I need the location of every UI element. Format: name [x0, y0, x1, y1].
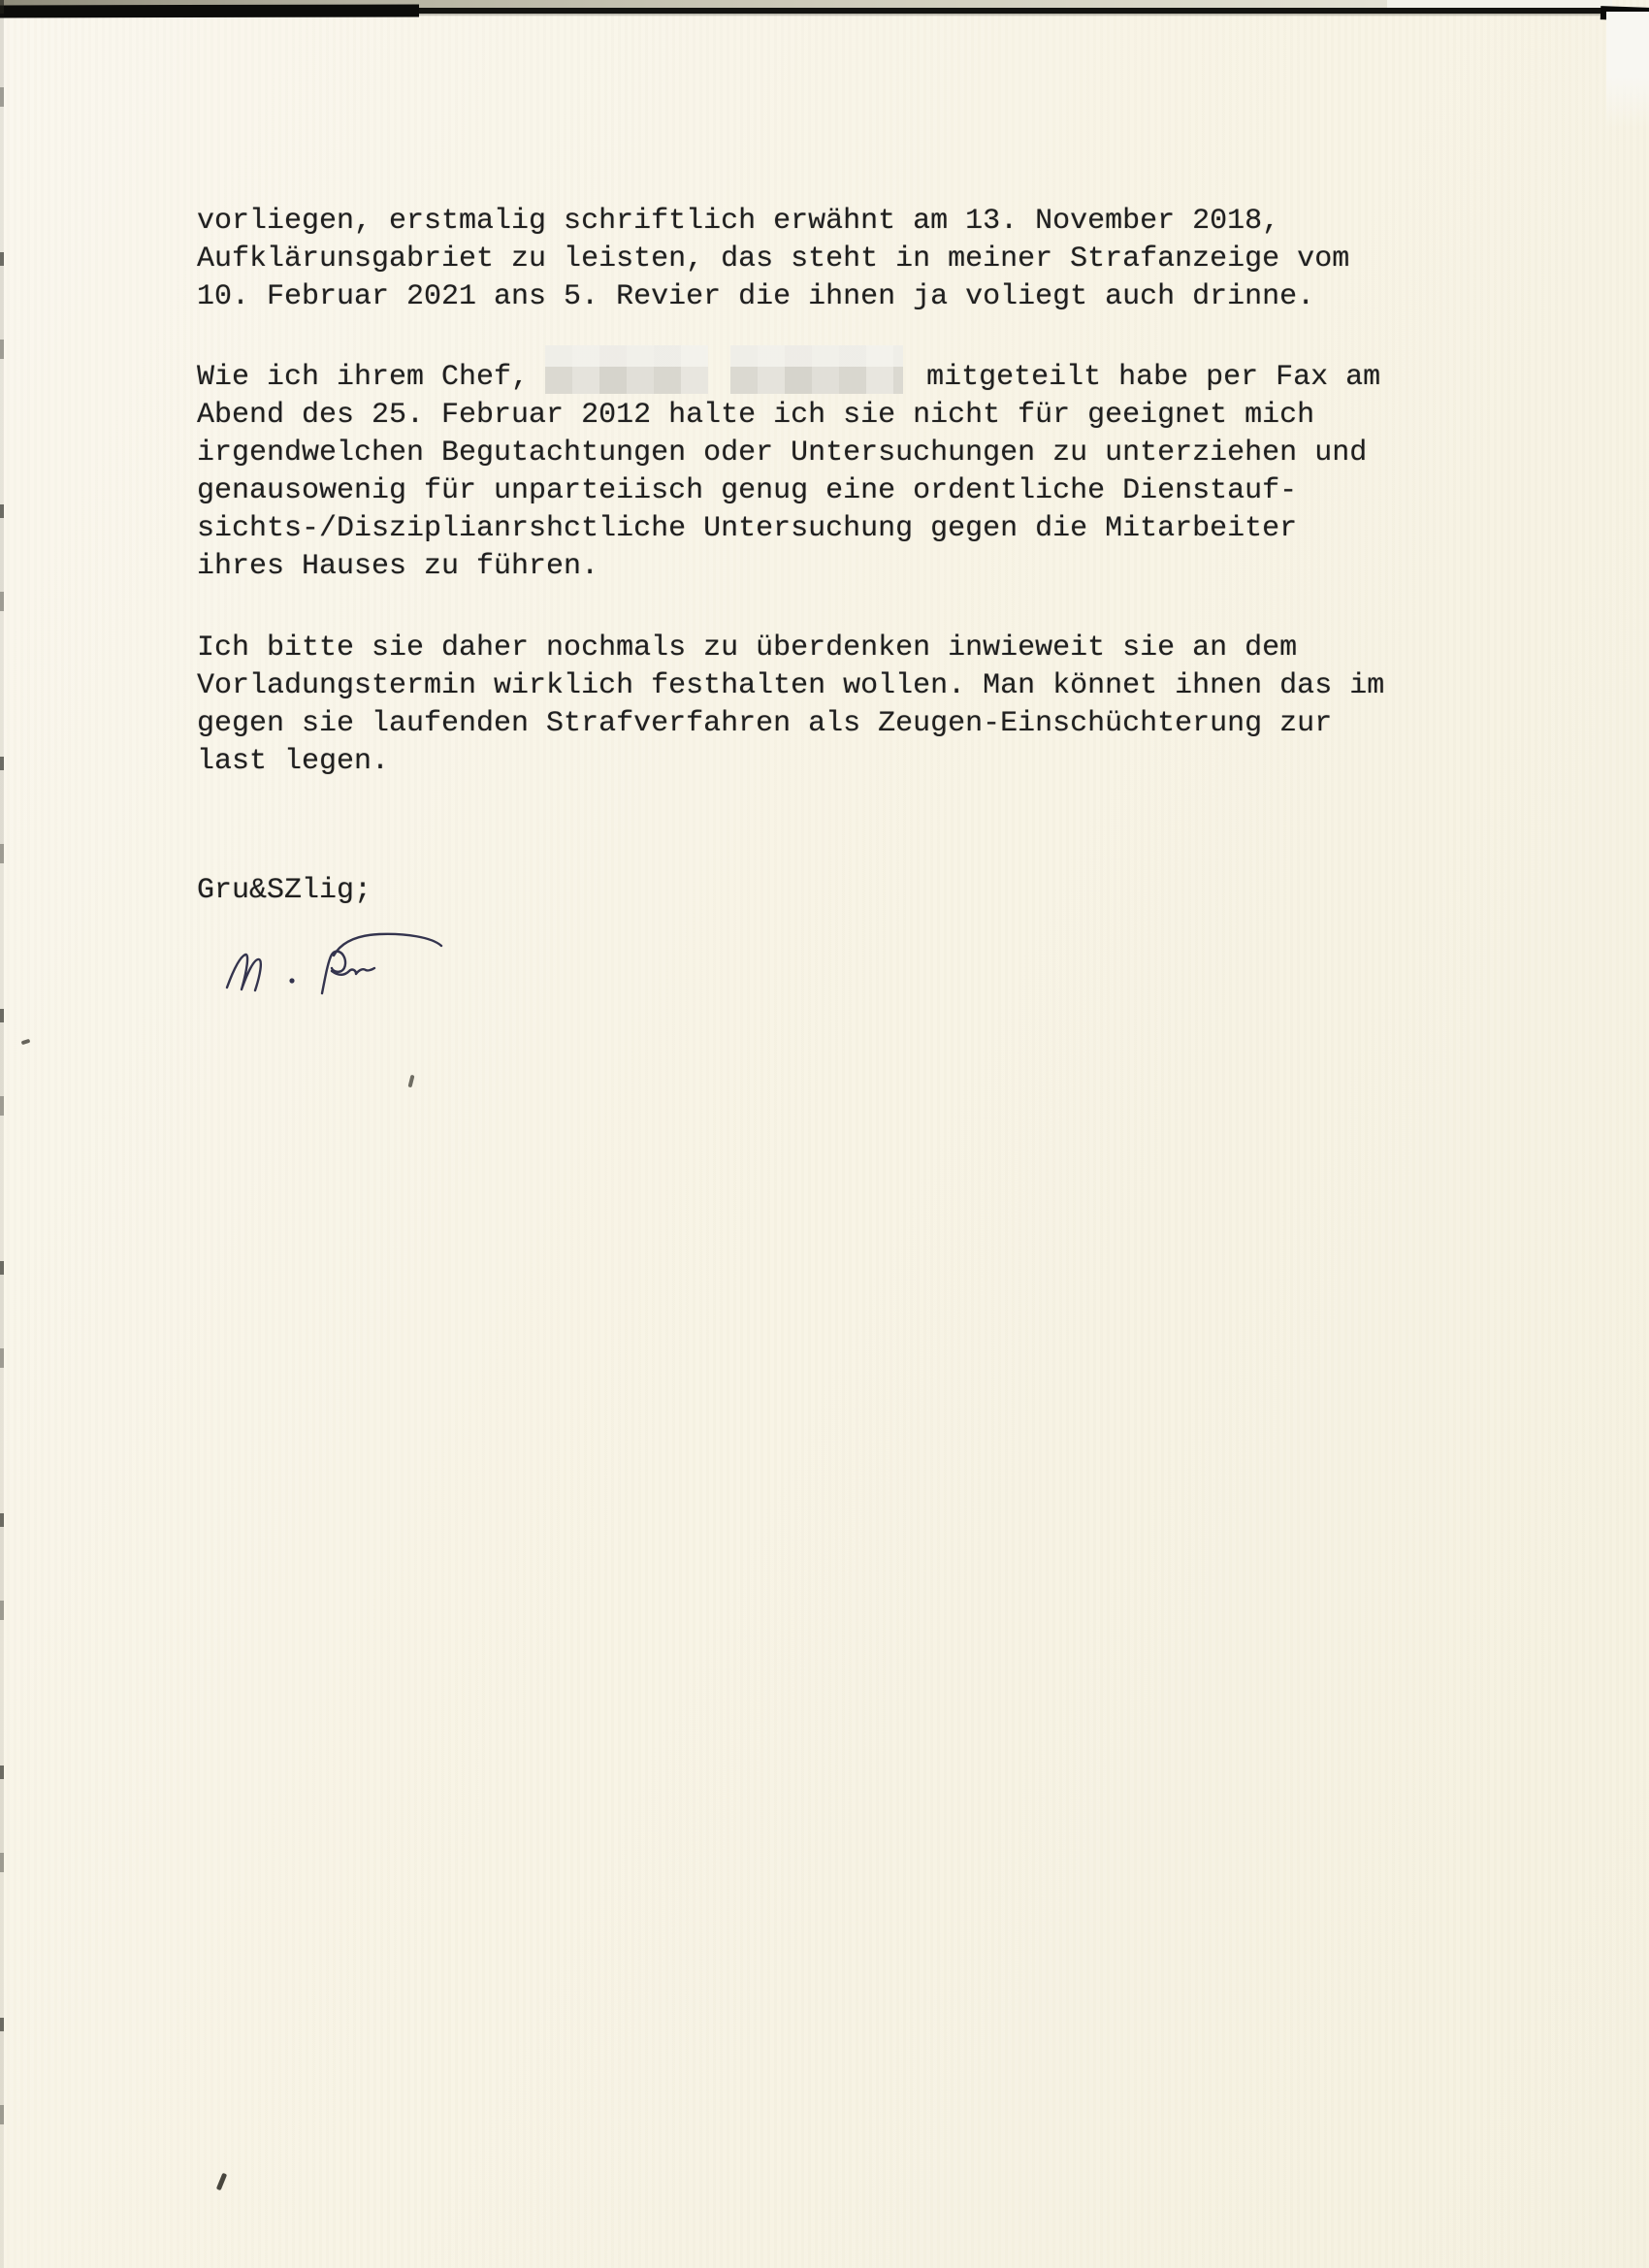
- scan-edge-dark-dashes-left: [0, 0, 4, 2268]
- handwritten-signature: [221, 922, 454, 1007]
- signature-initial-m: [227, 955, 261, 990]
- signature-dot: [289, 978, 294, 983]
- scan-speck: [21, 1039, 31, 1046]
- scanned-letter-page: vorliegen, erstmalig schriftlich erwähnt…: [0, 0, 1649, 2268]
- paragraph-2-text-before-redaction: Wie ich ihrem Chef,: [197, 361, 529, 394]
- scan-edge-white-area-top-right: [1606, 12, 1649, 128]
- redacted-name-pixelation-block-1: [545, 345, 708, 394]
- scan-speck: [216, 2173, 227, 2191]
- signature-flourish: [334, 934, 441, 956]
- scan-speck: [407, 1075, 414, 1088]
- paragraph-3: Ich bitte sie daher nochmals zu überdenk…: [197, 630, 1384, 781]
- paragraph-2-remaining-lines: Abend des 25. Februar 2012 halte ich sie…: [197, 397, 1367, 586]
- scan-edge-black-bar-top-left: [0, 5, 419, 18]
- closing-salutation: Gru&SZlig;: [197, 872, 372, 910]
- paragraph-2-text-after-redaction: mitgeteilt habe per Fax am: [926, 361, 1380, 394]
- paragraph-1: vorliegen, erstmalig schriftlich erwähnt…: [197, 203, 1349, 316]
- redacted-name-pixelation-block-2: [730, 345, 903, 394]
